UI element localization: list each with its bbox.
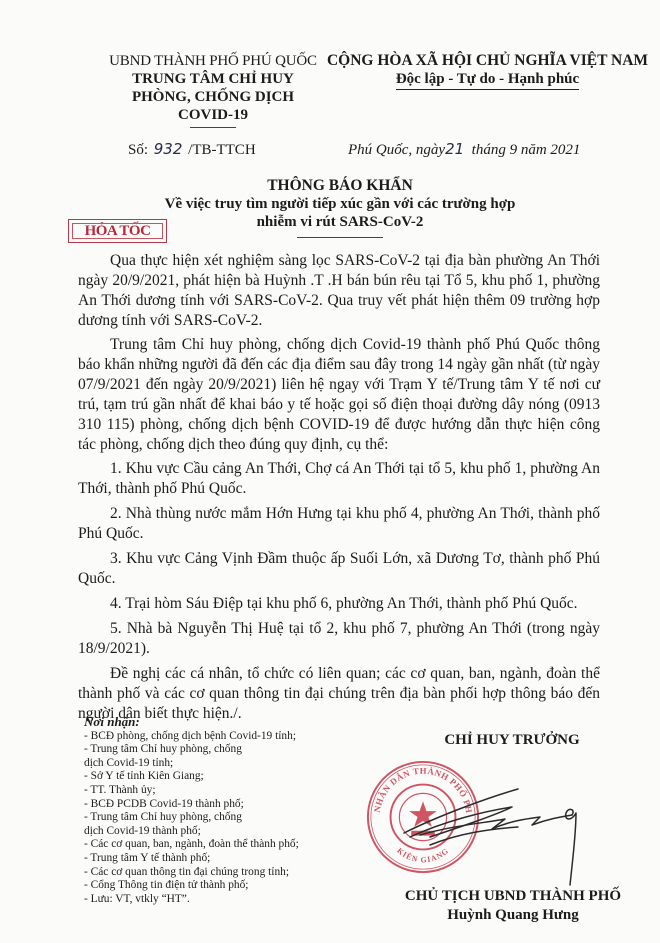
- paragraph-intro: Qua thực hiện xét nghiệm sàng lọc SARS-C…: [78, 251, 600, 331]
- issuing-authority-block: UBND THÀNH PHỐ PHÚ QUỐC TRUNG TÂM CHỈ HU…: [88, 52, 338, 128]
- title-divider: [297, 237, 383, 238]
- month-year: tháng 9 năm 2021: [472, 142, 581, 158]
- recipients-list: Nơi nhận: - BCĐ phòng, chống dịch bệnh C…: [84, 715, 344, 906]
- authority-name: UBND THÀNH PHỐ PHÚ QUỐC: [88, 52, 338, 70]
- document-subtitle-line-2: nhiễm vi rút SARS-CoV-2: [150, 213, 530, 231]
- signatory-name: Huỳnh Quang Hưng: [378, 907, 648, 924]
- doc-number-prefix: Số:: [128, 142, 148, 158]
- paragraph-notice: Trung tâm Chỉ huy phòng, chống dịch Covi…: [78, 335, 600, 455]
- national-motto: Độc lập - Tự do - Hạnh phúc: [396, 70, 579, 90]
- recipient-item: - Trung tâm Chỉ huy phòng, chống dịch Co…: [84, 811, 344, 838]
- document-title-block: THÔNG BÁO KHẨN Về việc truy tìm người ti…: [150, 176, 530, 238]
- recipient-item: - Sở Y tế tỉnh Kiên Giang;: [84, 770, 344, 784]
- day-handwritten: 21: [445, 140, 464, 158]
- recipient-item: - Các cơ quan, ban, ngành, đoàn thể thàn…: [84, 838, 344, 852]
- location-item: 2. Nhà thùng nước mắm Hớn Hưng tại khu p…: [78, 504, 600, 544]
- location-item: 1. Khu vực Cầu cảng An Thới, Chợ cá An T…: [78, 459, 600, 499]
- location-item: 4. Trại hòm Sáu Điệp tại khu phố 6, phườ…: [78, 594, 600, 614]
- recipients-label: Nơi nhận:: [84, 715, 344, 729]
- agency-line-2: PHÒNG, CHỐNG DỊCH: [88, 88, 338, 106]
- doc-number-suffix: /TB-TTCH: [188, 142, 256, 158]
- national-heading-block: CỘNG HÒA XÃ HỘI CHỦ NGHĨA VIỆT NAM Độc l…: [315, 52, 660, 90]
- recipient-item: - TT. Thành ủy;: [84, 784, 344, 798]
- document-title: THÔNG BÁO KHẨN: [150, 176, 530, 195]
- handwritten-signature: [400, 785, 600, 890]
- header-divider: [190, 127, 236, 128]
- location-item: 3. Khu vực Cảng Vịnh Đầm thuộc ấp Suối L…: [78, 549, 600, 589]
- recipient-item: - Lưu: VT, vtkly “HT”.: [84, 893, 344, 907]
- doc-number-handwritten: 932: [154, 140, 183, 158]
- document-number: Số: 932 /TB-TTCH: [128, 140, 256, 159]
- signatory-title: CHỈ HUY TRƯỞNG: [400, 732, 624, 749]
- recipient-item: - BCĐ phòng, chống dịch bệnh Covid-19 tỉ…: [84, 730, 344, 744]
- document-subtitle-line-1: Về việc truy tìm người tiếp xúc gần với …: [150, 195, 530, 213]
- recipient-item: - Trung tâm Y tế thành phố;: [84, 852, 344, 866]
- recipient-item: - BCĐ PCDB Covid-19 thành phố;: [84, 798, 344, 812]
- signatory-role: CHỦ TỊCH UBND THÀNH PHỐ: [378, 888, 648, 905]
- place-and-date: Phú Quốc, ngày21 tháng 9 năm 2021: [348, 140, 580, 159]
- location-item: 5. Nhà bà Nguyễn Thị Huệ tại tổ 2, khu p…: [78, 619, 600, 659]
- recipient-item: - Cổng Thông tin điện tử thành phố;: [84, 879, 344, 893]
- recipient-items: - BCĐ phòng, chống dịch bệnh Covid-19 tỉ…: [84, 730, 344, 907]
- place-label: Phú Quốc, ngày: [348, 142, 445, 158]
- recipient-item: - Trung tâm Chỉ huy phòng, chống dịch Co…: [84, 743, 344, 770]
- document-body: Qua thực hiện xét nghiệm sàng lọc SARS-C…: [78, 251, 600, 728]
- agency-line-1: TRUNG TÂM CHỈ HUY: [88, 70, 338, 88]
- recipient-item: - Các cơ quan thông tin đại chúng trong …: [84, 866, 344, 880]
- national-title: CỘNG HÒA XÃ HỘI CHỦ NGHĨA VIỆT NAM: [315, 52, 660, 70]
- agency-line-3: COVID-19: [88, 106, 338, 124]
